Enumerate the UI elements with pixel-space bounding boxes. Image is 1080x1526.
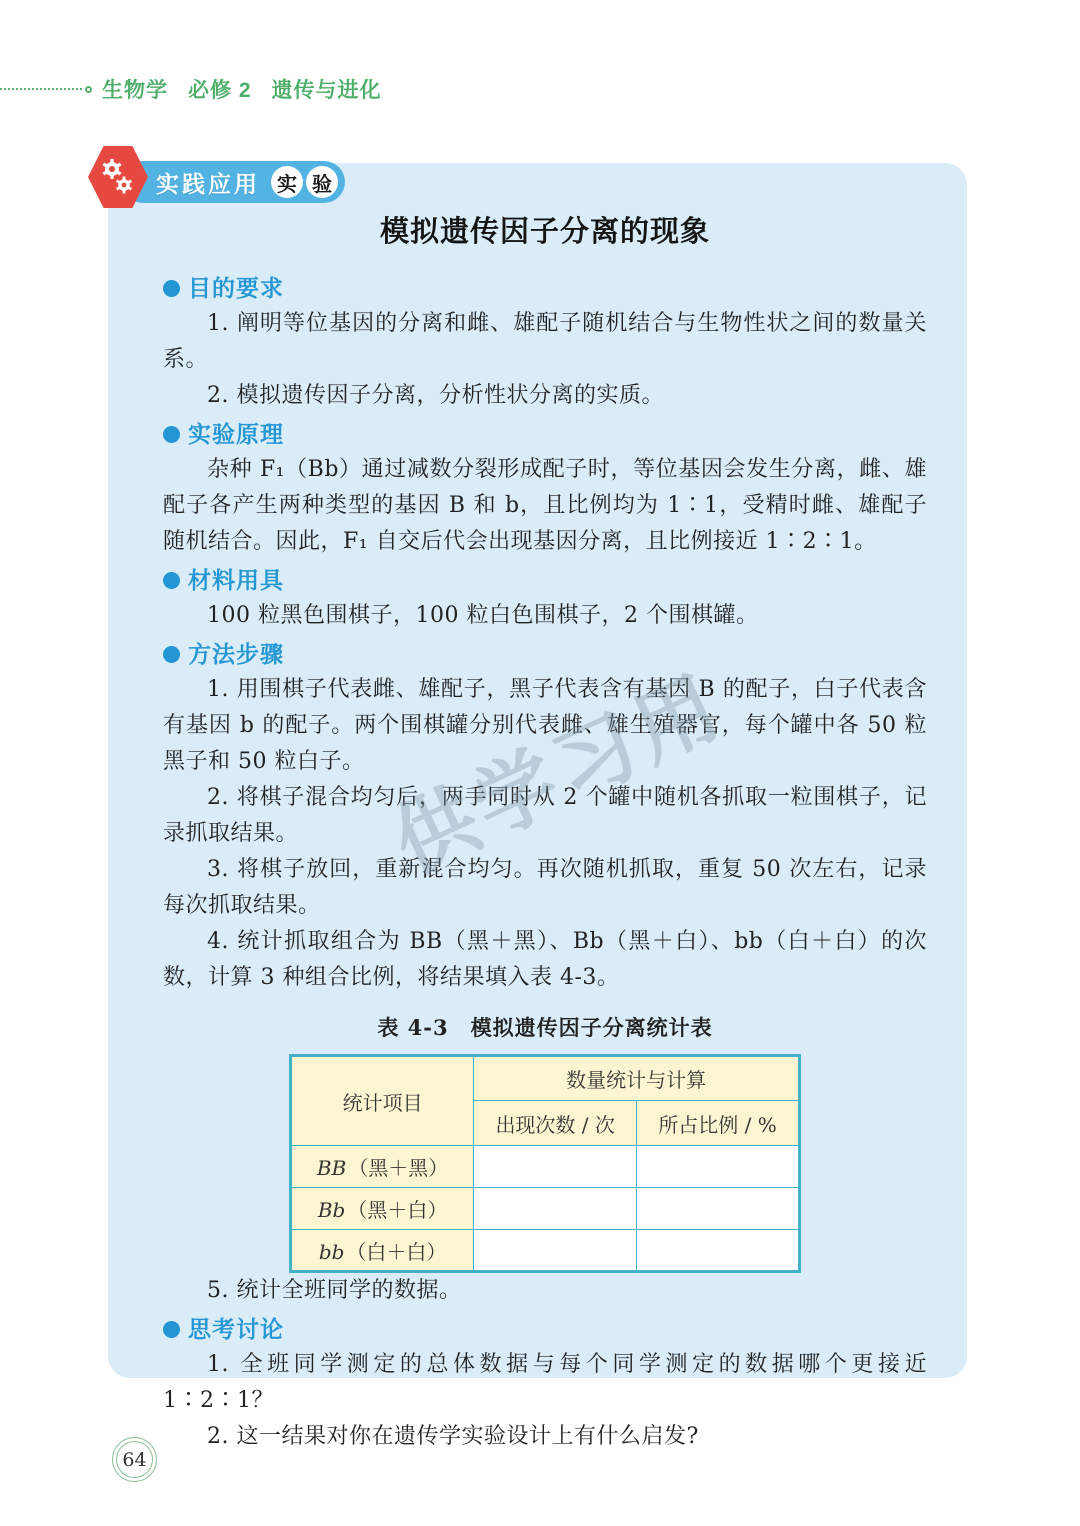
table-header-count: 出现次数 / 次 [474,1101,637,1146]
section-heading-label: 方法步骤 [188,636,284,672]
bullet-icon [163,426,180,443]
badge-char-1: 实 [271,166,303,198]
table-header-ratio: 所占比例 / % [637,1101,800,1146]
paragraph: 3. 将棋子放回，重新混合均匀。再次随机抓取，重复 50 次左右，记录每次抓取结… [163,852,927,924]
practice-badge: 实践应用 实 验 [88,146,418,208]
section-heading-procedure: 方法步骤 [163,636,927,672]
gene-desc: （黑＋白） [347,1198,447,1222]
section-heading-discussion: 思考讨论 [163,1311,927,1347]
table-row: BB（黑＋黑） [291,1146,800,1188]
paragraph: 100 粒黑色围棋子，100 粒白色围棋子，2 个围棋罐。 [163,598,927,634]
table-header-item: 统计项目 [291,1056,474,1146]
table-row: bb（白＋白） [291,1230,800,1272]
statistics-table: 统计项目 数量统计与计算 出现次数 / 次 所占比例 / % BB（黑＋黑） B… [289,1054,801,1273]
row-label-bb: bb（白＋白） [291,1230,474,1272]
paragraph: 杂种 F₁（Bb）通过减数分裂形成配子时，等位基因会发生分离，雌、雄配子各产生两… [163,452,927,560]
paragraph: 1. 全班同学测定的总体数据与每个同学测定的数据哪个更接近 1∶2∶1？ [163,1347,927,1419]
book-header: 生物学 必修 2 遗传与进化 [0,76,402,102]
module-name: 必修 2 [188,74,252,104]
table-header-group: 数量统计与计算 [474,1056,800,1101]
paragraph: 1. 阐明等位基因的分离和雌、雄配子随机结合与生物性状之间的数量关系。 [163,306,927,378]
bullet-icon [163,280,180,297]
section-heading-label: 思考讨论 [188,1311,284,1347]
page-number: 64 [116,1441,153,1478]
section-heading-principle: 实验原理 [163,416,927,452]
badge-char-2: 验 [306,166,338,198]
gene-desc: （黑＋黑） [348,1156,448,1180]
circle-marker-icon [85,86,92,93]
book-header-text: 生物学 必修 2 遗传与进化 [102,74,402,104]
unit-name: 遗传与进化 [272,74,382,104]
section-heading-label: 材料用具 [188,562,284,598]
paragraph: 5. 统计全班同学的数据。 [163,1273,927,1309]
count-cell-bb [474,1230,637,1272]
badge-label: 实践应用 [156,166,260,199]
paragraph: 4. 统计抓取组合为 BB（黑＋黑）、Bb（黑＋白）、bb（白＋白）的次数，计算… [163,924,927,996]
paragraph: 1. 用围棋子代表雌、雄配子，黑子代表含有基因 B 的配子，白子代表含有基因 b… [163,672,927,780]
section-heading-objectives: 目的要求 [163,270,927,306]
gene-symbol: Bb [318,1198,346,1222]
dotted-line [0,88,82,90]
row-label-BB: BB（黑＋黑） [291,1146,474,1188]
table-caption: 表 4-3 模拟遗传因子分离统计表 [163,1012,927,1042]
table-row: Bb（黑＋白） [291,1188,800,1230]
ratio-cell-bb [637,1230,800,1272]
section-heading-label: 目的要求 [188,270,284,306]
experiment-panel: 模拟遗传因子分离的现象 目的要求 1. 阐明等位基因的分离和雌、雄配子随机结合与… [108,163,967,1378]
badge-pill: 实践应用 实 验 [122,161,345,203]
ratio-cell-Bb [637,1188,800,1230]
ratio-cell-BB [637,1146,800,1188]
section-heading-materials: 材料用具 [163,562,927,598]
paragraph: 2. 将棋子混合均匀后，两手同时从 2 个罐中随机各抓取一粒围棋子，记录抓取结果… [163,780,927,852]
course-name: 生物学 [102,74,168,104]
page-number-badge: 64 [112,1437,157,1482]
bullet-icon [163,572,180,589]
gene-symbol: BB [317,1156,346,1180]
paragraph: 2. 模拟遗传因子分离，分析性状分离的实质。 [163,378,927,414]
row-label-Bb: Bb（黑＋白） [291,1188,474,1230]
paragraph: 2. 这一结果对你在遗传学实验设计上有什么启发? [163,1419,927,1455]
page-title: 模拟遗传因子分离的现象 [163,209,927,250]
gene-symbol: bb [319,1240,345,1264]
section-heading-label: 实验原理 [188,416,284,452]
count-cell-Bb [474,1188,637,1230]
gene-desc: （白＋白） [346,1240,446,1264]
bullet-icon [163,646,180,663]
bullet-icon [163,1321,180,1338]
count-cell-BB [474,1146,637,1188]
